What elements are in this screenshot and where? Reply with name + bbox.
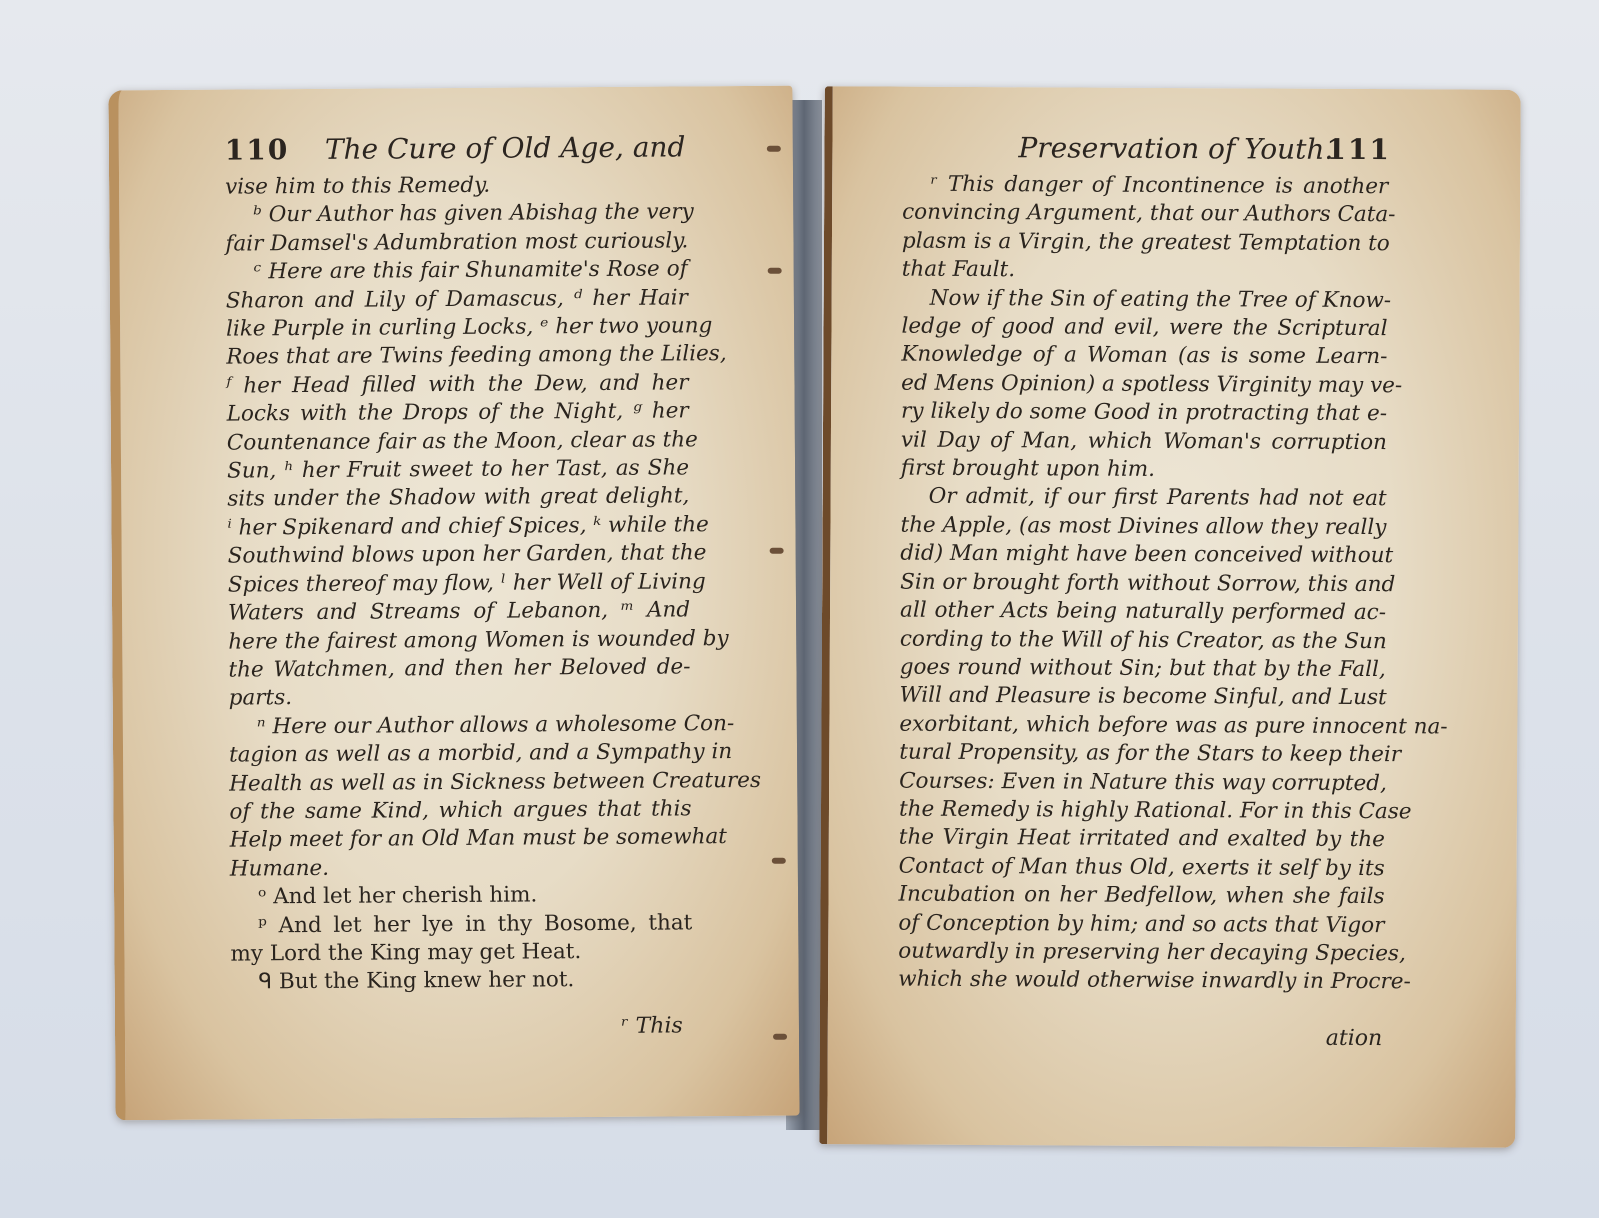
text-line: fair Damsel's Adumbration most curiously… xyxy=(225,227,687,259)
sewing-hole xyxy=(772,858,786,864)
text-line: ᑫ But the King knew her not. xyxy=(231,966,693,998)
text-line: ᵇ Our Author has given Abishag the very xyxy=(225,199,687,231)
right-page: Preservation of Youth. 111 ʳ This danger… xyxy=(819,86,1521,1148)
text-line: goes round without Sin; but that by the … xyxy=(900,653,1386,684)
text-line: Incubation on her Bedfellow, when she fa… xyxy=(898,881,1384,912)
text-line: Waters and Streams of Lebanon, ᵐ And xyxy=(228,596,690,628)
text-line: ᶜ Here are this fair Shunamite's Rose of xyxy=(226,256,688,288)
text-line: ry likely do some Good in protracting th… xyxy=(901,398,1387,429)
running-head-title: The Cure of Old Age, and xyxy=(325,130,686,166)
text-line: the Apple, (as most Divines allow they r… xyxy=(900,511,1386,542)
text-line: Locks with the Drops of the Night, ᵍ her xyxy=(227,398,689,430)
text-line: Humane. xyxy=(230,852,692,884)
text-line: cording to the Will of his Creator, as t… xyxy=(900,625,1386,656)
text-line: vise him to this Remedy. xyxy=(225,170,687,202)
running-head-title: Preservation of Youth. xyxy=(1018,131,1333,166)
text-line: sits under the Shadow with great delight… xyxy=(227,483,689,515)
right-running-head: Preservation of Youth. xyxy=(1018,131,1333,166)
text-line: tagion as well as a morbid, and a Sympat… xyxy=(229,738,691,770)
left-page-body: vise him to this Remedy.ᵇ Our Author has… xyxy=(225,170,693,997)
page-number: 111 xyxy=(1326,133,1391,166)
text-line: Countenance fair as the Moon, clear as t… xyxy=(227,426,689,458)
sewing-hole xyxy=(767,146,781,152)
text-line: Roes that are Twins feeding among the Li… xyxy=(226,341,688,373)
text-line: which she would otherwise inwardly in Pr… xyxy=(898,966,1384,997)
catchword: ʳ This xyxy=(621,1012,683,1041)
text-line: ᵖ And let her lye in thy Bosome, that xyxy=(230,909,692,941)
text-line: Knowledge of a Woman (as is some Learn- xyxy=(901,341,1387,372)
left-running-head: 110 The Cure of Old Age, and xyxy=(225,130,686,166)
text-line: Southwind blows upon her Garden, that th… xyxy=(228,540,690,572)
text-line: exorbitant, which before was as pure inn… xyxy=(899,710,1385,741)
text-line: like Purple in curling Locks, ᵉ her two … xyxy=(226,312,688,344)
page-number: 110 xyxy=(225,133,290,166)
text-line: ed Mens Opinion) a spotless Virginity ma… xyxy=(901,369,1387,400)
right-page-body: ʳ This danger of Incontinence is another… xyxy=(898,171,1388,997)
text-line: ᵒ And let her cherish him. xyxy=(230,881,692,913)
text-line: Courses: Even in Nature this way corrupt… xyxy=(899,767,1385,798)
text-line: ⁿ Here our Author allows a wholesome Con… xyxy=(229,710,691,742)
text-line: convincing Argument, that our Authors Ca… xyxy=(902,199,1388,230)
text-line: Help meet for an Old Man must be somewha… xyxy=(230,824,692,856)
text-line: plasm is a Virgin, the greatest Temptati… xyxy=(902,227,1388,258)
text-line: Health as well as in Sickness between Cr… xyxy=(229,767,691,799)
right-folio: 111 xyxy=(1326,133,1391,166)
text-line: parts. xyxy=(229,682,691,714)
text-line: Will and Pleasure is become Sinful, and … xyxy=(900,682,1386,713)
text-line: ledge of good and evil, were the Scriptu… xyxy=(901,313,1387,344)
text-line: of the same Kind, which argues that this xyxy=(229,795,691,827)
text-line: Sin or brought forth without Sorrow, thi… xyxy=(900,568,1386,599)
text-line: ʳ This danger of Incontinence is another xyxy=(902,171,1388,202)
text-line: ⁱ her Spikenard and chief Spices, ᵏ whil… xyxy=(227,511,689,543)
text-line: all other Acts being naturally performed… xyxy=(900,597,1386,628)
text-line: Sharon and Lily of Damascus, ᵈ her Hair xyxy=(226,284,688,316)
text-line: vil Day of Man, which Woman's corruption xyxy=(901,426,1387,457)
text-line: first brought upon him. xyxy=(901,455,1387,486)
text-line: here the fairest among Women is wounded … xyxy=(228,625,690,657)
text-line: ᶠ her Head filled with the Dew, and her xyxy=(226,369,688,401)
text-line: the Remedy is highly Rational. For in th… xyxy=(899,796,1385,827)
text-line: of Conception by him; and so acts that V… xyxy=(898,909,1384,940)
text-line: Contact of Man thus Old, exerts it self … xyxy=(899,852,1385,883)
catchword: ation xyxy=(1326,1025,1383,1054)
text-line: did) Man might have been conceived witho… xyxy=(900,540,1386,571)
text-line: tural Propensity, as for the Stars to ke… xyxy=(899,739,1385,770)
left-page: 110 The Cure of Old Age, and vise him to… xyxy=(108,86,799,1121)
sewing-hole xyxy=(768,268,782,274)
text-line: Now if the Sin of eating the Tree of Kno… xyxy=(902,284,1388,315)
text-line: Or admit, if our first Parents had not e… xyxy=(901,483,1387,514)
text-line: the Virgin Heat irritated and exalted by… xyxy=(899,824,1385,855)
sewing-hole xyxy=(770,548,784,554)
sewing-hole xyxy=(773,1034,787,1040)
text-line: outwardly in preserving her decaying Spe… xyxy=(898,938,1384,969)
text-line: the Watchmen, and then her Beloved de- xyxy=(228,653,690,685)
text-line: Sun, ʰ her Fruit sweet to her Tast, as S… xyxy=(227,454,689,486)
text-line: my Lord the King may get Heat. xyxy=(230,937,692,969)
text-line: Spices thereof may flow, ˡ her Well of L… xyxy=(228,568,690,600)
text-line: that Fault. xyxy=(902,256,1388,287)
